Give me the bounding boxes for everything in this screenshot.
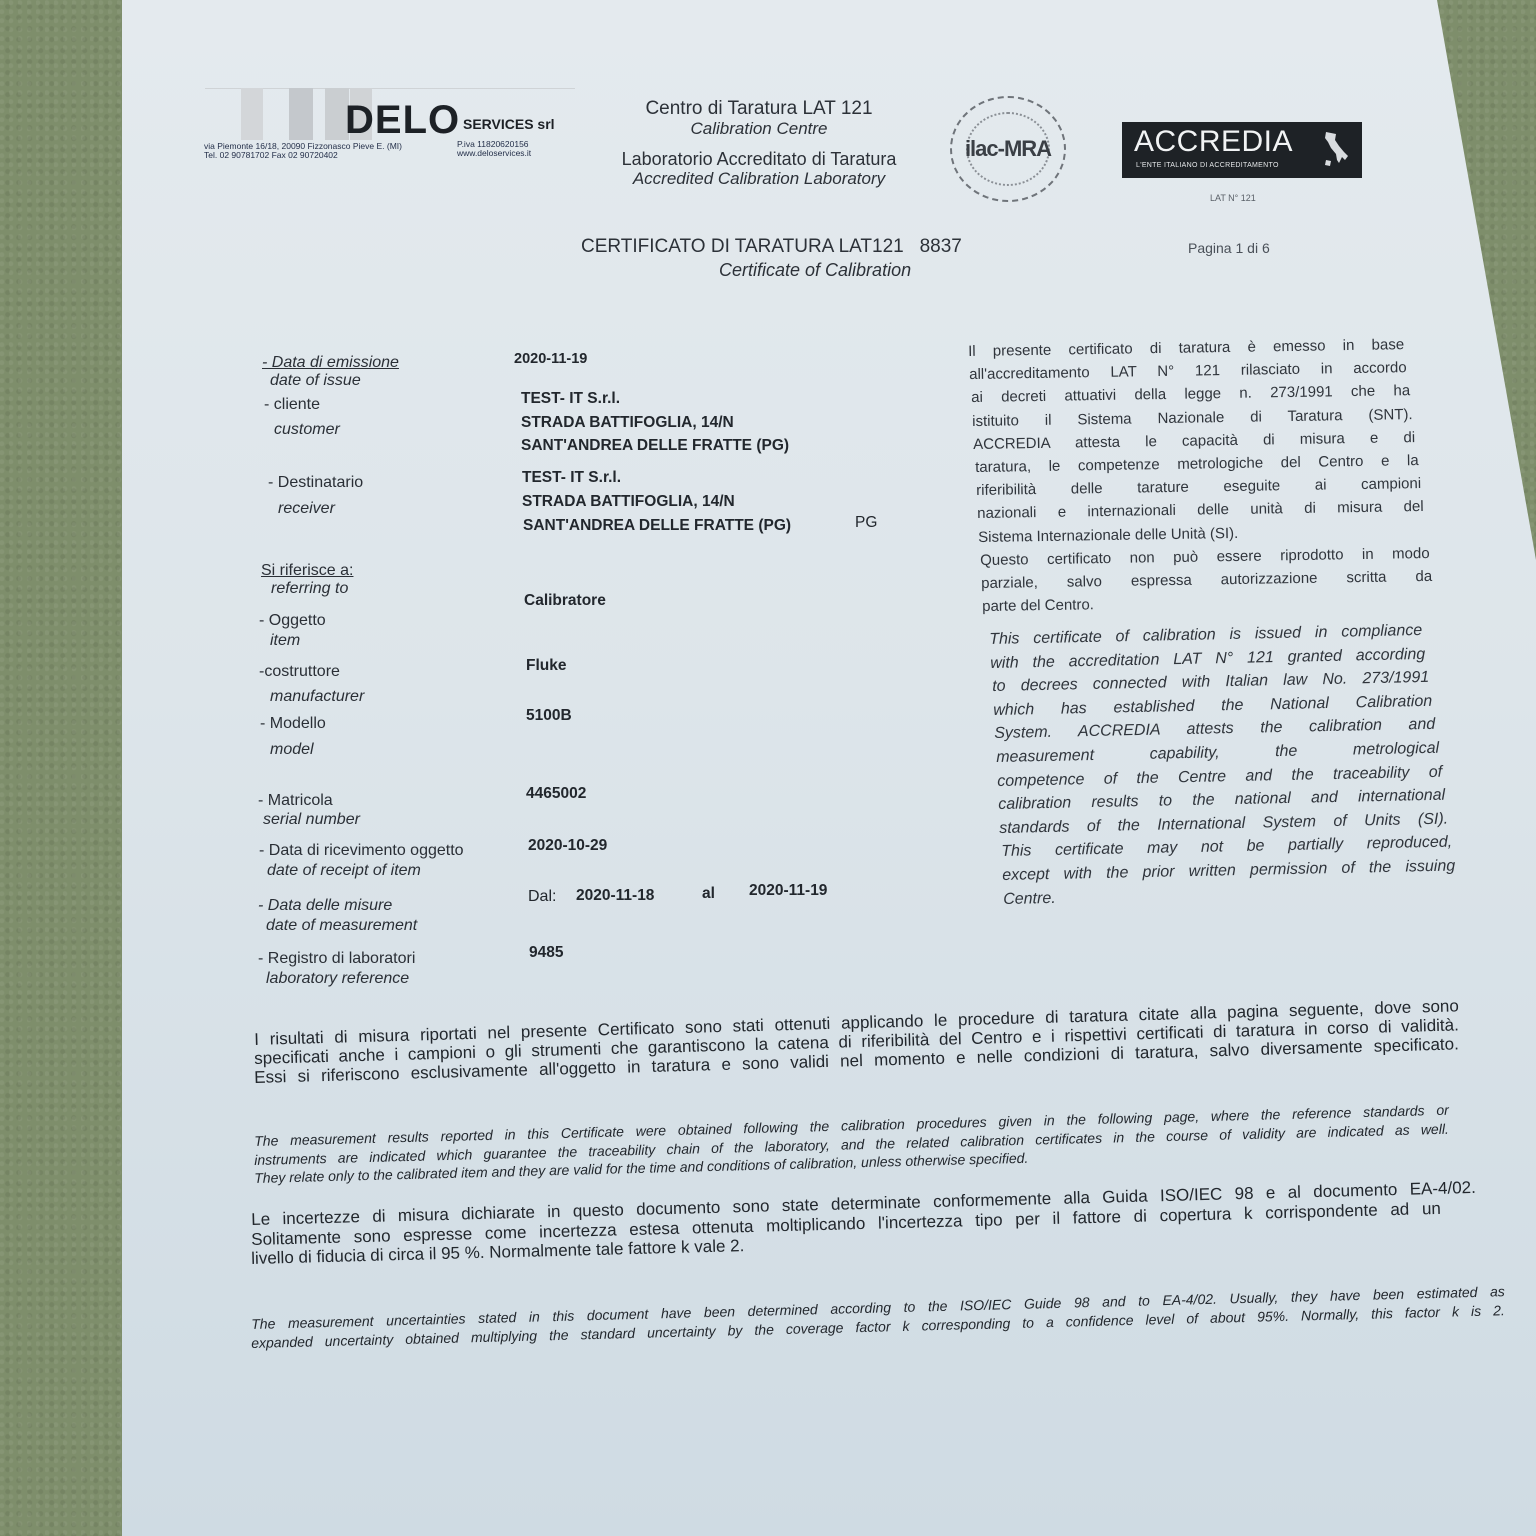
company-logo-suffix: SERVICES srl bbox=[463, 116, 555, 132]
customer-label-en: customer bbox=[274, 421, 340, 439]
customer-street: STRADA BATTIFOGLIA, 14/N bbox=[521, 414, 734, 432]
company-vat: P.iva 11820620156 www.deloservices.it bbox=[457, 140, 531, 158]
referring-label-en: referring to bbox=[271, 580, 348, 598]
accredia-logo-tagline: L'ENTE ITALIANO DI ACCREDITAMENTO bbox=[1136, 162, 1279, 169]
centre-name-en: Calibration Centre bbox=[589, 118, 929, 140]
certificate-title-text: CERTIFICATO DI TARATURA LAT121 bbox=[581, 236, 904, 257]
lab-reference-value: 9485 bbox=[529, 944, 563, 962]
centre-heading: Centro di Taratura LAT 121 Calibration C… bbox=[589, 98, 929, 190]
measurement-to-value: 2020-11-19 bbox=[749, 882, 827, 900]
lab-reference-label-en: laboratory reference bbox=[266, 970, 409, 988]
page-indicator: Pagina 1 di 6 bbox=[1188, 240, 1270, 256]
centre-name: Centro di Taratura LAT 121 bbox=[589, 98, 929, 120]
lab-reference-label: - Registro di laboratori bbox=[258, 950, 415, 968]
italy-map-icon bbox=[1322, 130, 1350, 170]
statement-en-line: Centre. bbox=[1003, 886, 1056, 911]
ilac-mra-logo: ilac-MRA bbox=[950, 96, 1066, 202]
measurement-to-label: al bbox=[702, 885, 715, 903]
serial-label-en: serial number bbox=[263, 811, 360, 829]
serial-value: 4465002 bbox=[526, 785, 586, 803]
issue-date-label: - Data di emissione bbox=[262, 354, 399, 372]
accredia-logo: ACCREDIA L'ENTE ITALIANO DI ACCREDITAMEN… bbox=[1122, 122, 1362, 178]
referring-label: Si riferisce a: bbox=[261, 562, 353, 580]
statement-it-line: parte del Centro. bbox=[982, 593, 1094, 618]
measurement-date-label: - Data delle misure bbox=[258, 897, 392, 915]
manufacturer-label: -costruttore bbox=[259, 663, 340, 681]
measurement-from-label: Dal: bbox=[528, 888, 556, 906]
customer-city: SANT'ANDREA DELLE FRATTE (PG) bbox=[521, 437, 789, 455]
receipt-date-label: - Data di ricevimento oggetto bbox=[259, 842, 464, 860]
receiver-province: PG bbox=[855, 514, 877, 532]
receiver-name: TEST- IT S.r.l. bbox=[522, 469, 621, 487]
receiver-city: SANT'ANDREA DELLE FRATTE (PG) bbox=[523, 517, 791, 535]
accredia-logo-name: ACCREDIA bbox=[1134, 125, 1293, 159]
measurement-date-label-en: date of measurement bbox=[266, 917, 417, 935]
measurement-from-value: 2020-11-18 bbox=[576, 887, 654, 905]
receiver-label-en: receiver bbox=[278, 500, 335, 518]
certificate-page: DELO SERVICES srl via Piemonte 16/18, 20… bbox=[0, 0, 1536, 1536]
certificate-number: 8837 bbox=[920, 236, 962, 257]
certificate-subtitle: Certificate of Calibration bbox=[719, 260, 911, 281]
customer-label: - cliente bbox=[264, 396, 320, 414]
company-website: www.deloservices.it bbox=[457, 149, 531, 158]
receipt-date-value: 2020-10-29 bbox=[528, 837, 607, 855]
lab-type-en: Accredited Calibration Laboratory bbox=[589, 168, 929, 190]
manufacturer-value: Fluke bbox=[526, 657, 566, 675]
accreditation-number: LAT N° 121 bbox=[1210, 193, 1256, 203]
item-value: Calibratore bbox=[524, 592, 606, 610]
model-label: - Modello bbox=[260, 715, 326, 733]
model-label-en: model bbox=[270, 741, 314, 759]
item-label: - Oggetto bbox=[259, 612, 326, 630]
receiver-street: STRADA BATTIFOGLIA, 14/N bbox=[522, 493, 735, 511]
certificate-title: CERTIFICATO DI TARATURA LAT121 8837 bbox=[581, 236, 962, 258]
receiver-label: - Destinatario bbox=[268, 474, 363, 492]
lab-type: Laboratorio Accreditato di Taratura bbox=[589, 148, 929, 170]
manufacturer-label-en: manufacturer bbox=[270, 688, 364, 706]
model-value: 5100B bbox=[526, 707, 572, 725]
item-label-en: item bbox=[270, 632, 300, 650]
issue-date-label-en: date of issue bbox=[270, 372, 361, 390]
serial-label: - Matricola bbox=[258, 792, 333, 810]
ilac-logo-text: ilac-MRA bbox=[952, 136, 1064, 162]
issue-date-value: 2020-11-19 bbox=[514, 351, 587, 367]
customer-name: TEST- IT S.r.l. bbox=[521, 390, 620, 408]
company-address: via Piemonte 16/18, 20090 Fizzonasco Pie… bbox=[204, 142, 402, 160]
receipt-date-label-en: date of receipt of item bbox=[267, 862, 421, 880]
company-phone-line: Tel. 02 90781702 Fax 02 90720402 bbox=[204, 151, 402, 160]
company-logo-name: DELO bbox=[345, 98, 460, 143]
